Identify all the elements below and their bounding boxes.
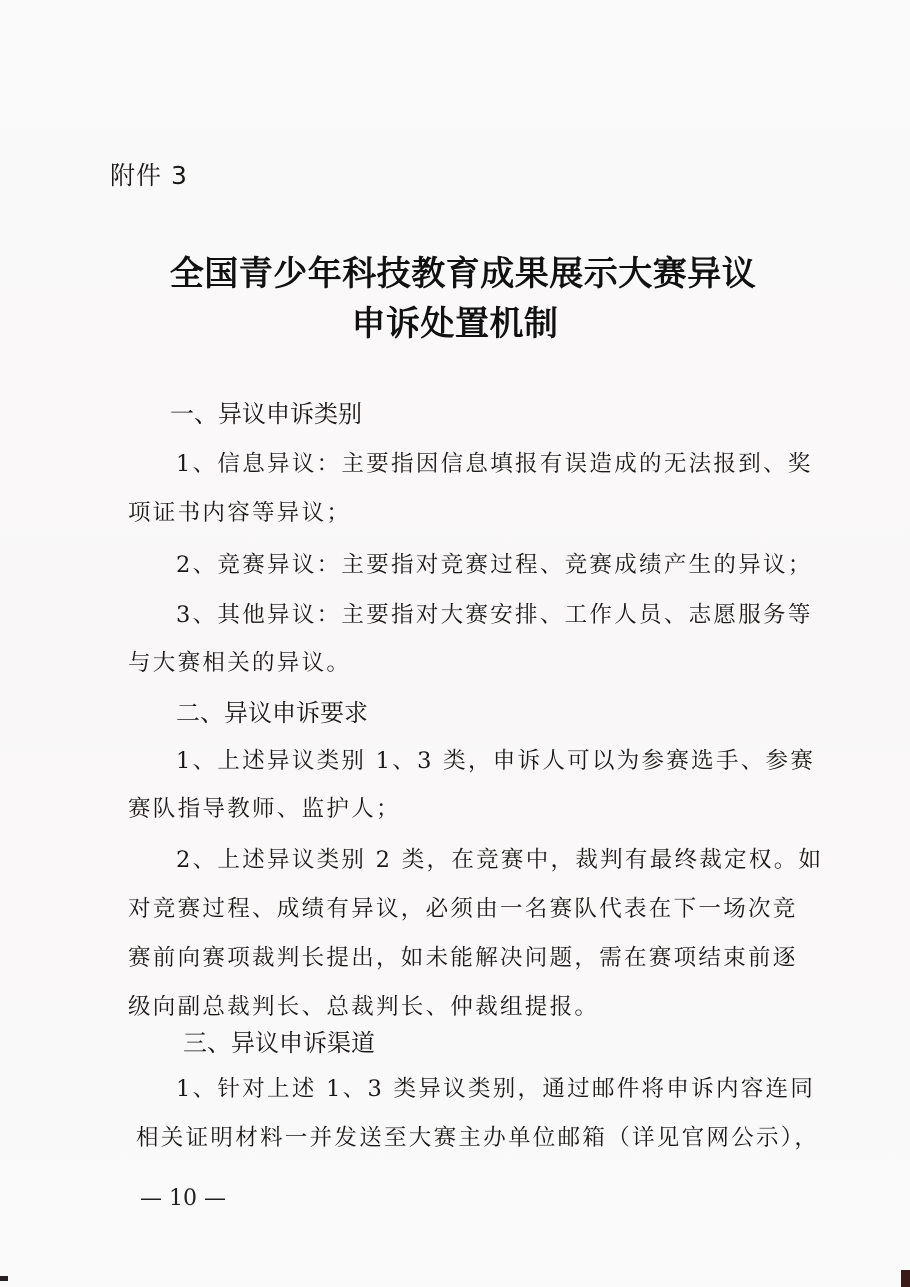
paragraph-line: 1、针对上述 1、3 类异议类别，通过邮件将申诉内容连同: [176, 1071, 808, 1103]
paragraph-line: 赛前向赛项裁判长提出，如未能解决问题，需在赛项结束前逐: [128, 940, 808, 972]
scan-mark: [0, 1276, 8, 1281]
paragraph-line: 赛队指导教师、监护人；: [128, 791, 808, 823]
paragraph-line: 1、信息异议：主要指因信息填报有误造成的无法报到、奖: [176, 446, 808, 478]
paragraph-line: 2、竞赛异议：主要指对竞赛过程、竞赛成绩产生的异议；: [176, 547, 808, 579]
paragraph-line: 相关证明材料一并发送至大赛主办单位邮箱（详见官网公示），: [136, 1120, 816, 1152]
section-heading-channels: 三、异议申诉渠道: [183, 1023, 375, 1058]
page-number: — 10 —: [140, 1186, 226, 1211]
paragraph-line: 2、上述异议类别 2 类，在竞赛中，裁判有最终裁定权。如: [176, 842, 808, 874]
section-heading-categories: 一、异议申诉类别: [170, 394, 362, 429]
paragraph-line: 项证书内容等异议；: [128, 495, 808, 527]
paragraph-line: 3、其他异议：主要指对大赛安排、工作人员、志愿服务等: [176, 597, 808, 629]
paragraph-line: 与大赛相关的异议。: [128, 645, 808, 677]
paragraph-line: 1、上述异议类别 1、3 类，申诉人可以为参赛选手、参赛: [176, 743, 808, 775]
document-page: 附件 3 全国青少年科技教育成果展示大赛异议 申诉处置机制 一、异议申诉类别 1…: [0, 0, 910, 1287]
document-title-line-1: 全国青少年科技教育成果展示大赛异议: [0, 246, 910, 295]
document-title-line-2: 申诉处置机制: [0, 296, 910, 345]
paragraph-line: 级向副总裁判长、总裁判长、仲裁组提报。: [128, 989, 808, 1021]
section-heading-requirements: 二、异议申诉要求: [176, 693, 368, 728]
scan-mark: [901, 1270, 910, 1287]
attachment-label: 附件 3: [110, 156, 188, 192]
paragraph-line: 对竞赛过程、成绩有异议，必须由一名赛队代表在下一场次竞: [128, 891, 808, 923]
